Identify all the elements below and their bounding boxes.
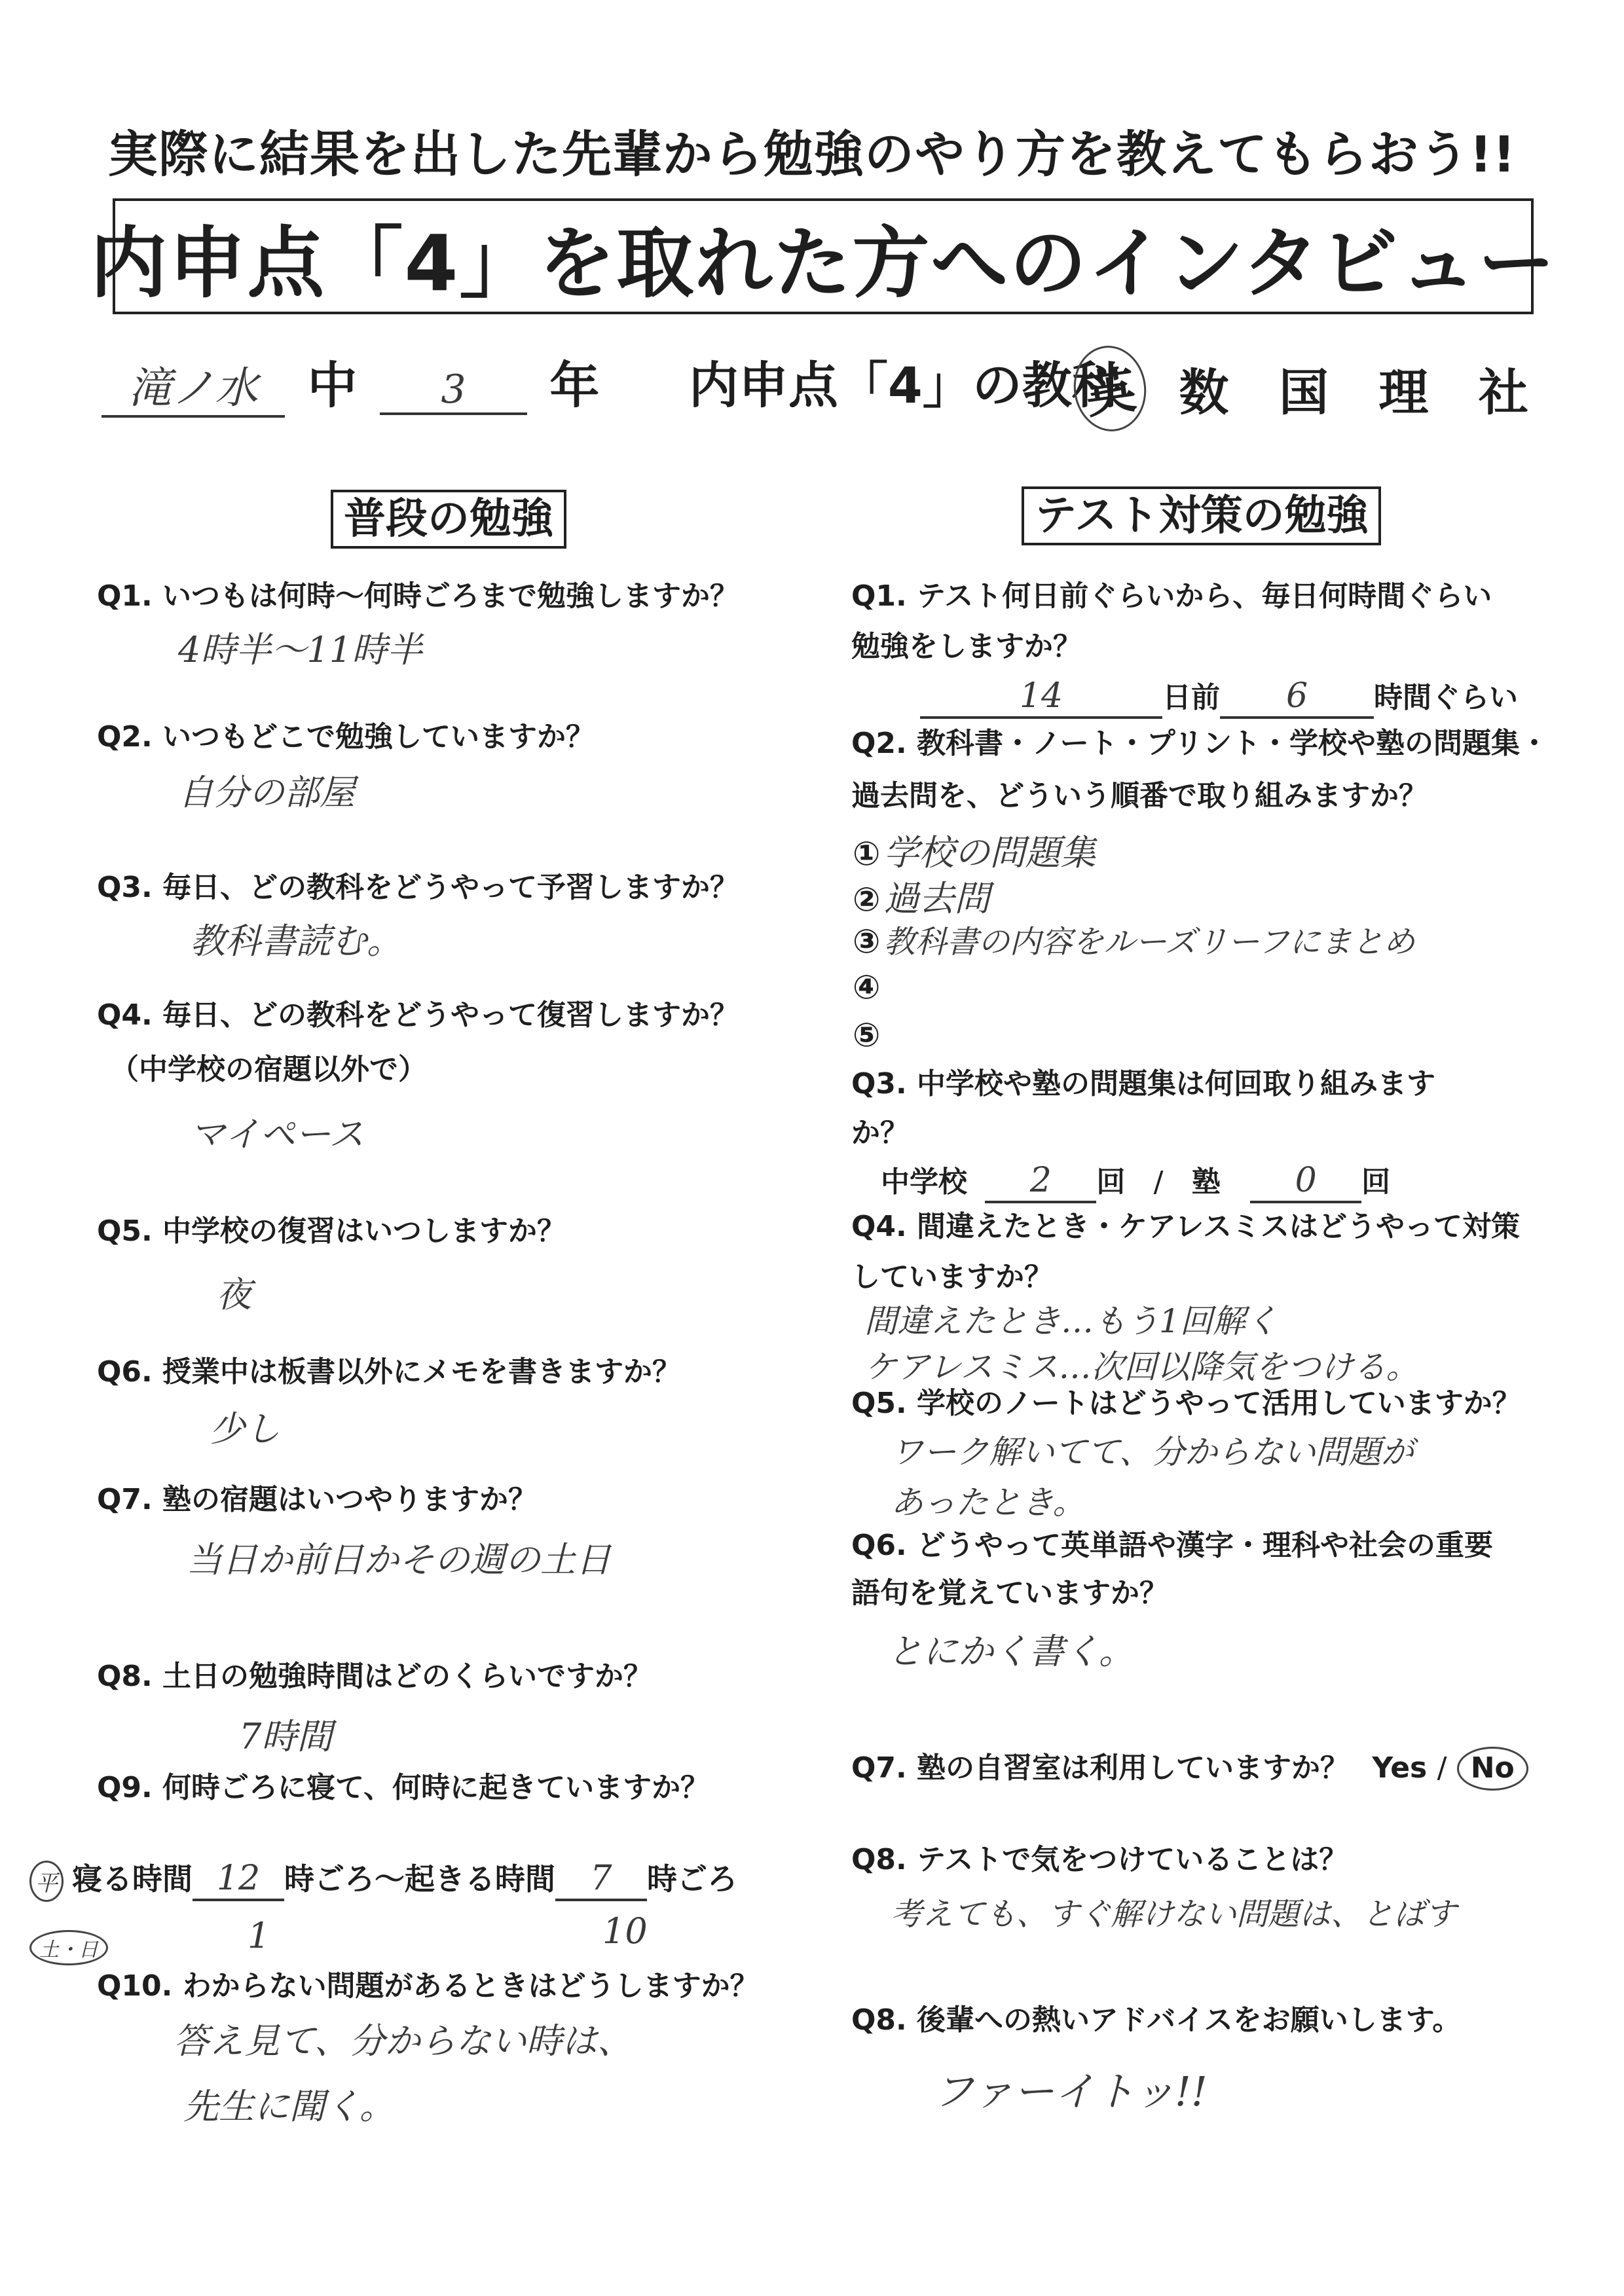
left-q5-answer[interactable]: 夜: [216, 1267, 251, 1317]
right-q4-question-line2: していますか？: [851, 1260, 1053, 1295]
right-q9-question: Q8. 後輩への熱いアドバイスをお願いします。: [851, 2003, 1461, 2038]
left-q5-question: Q5. 中学校の復習はいつしますか？: [97, 1214, 566, 1249]
right-q1-question-line1: Q1. テスト何日前ぐらいから、毎日何時間ぐらい: [851, 579, 1492, 614]
left-q10-answer-line1[interactable]: 答え見て、分からない時は、: [174, 2013, 633, 2064]
right-q5-answer-line2[interactable]: あったとき。: [891, 1476, 1086, 1523]
school-suffix: 中: [307, 356, 357, 414]
subject-science[interactable]: 理: [1378, 363, 1428, 422]
left-q10-answer-line2[interactable]: 先生に聞く。: [183, 2079, 395, 2129]
subject-label: 内申点「4」の教科: [689, 356, 1122, 414]
right-q3-question-line1: Q3. 中学校や塾の問題集は何回取り組みます: [851, 1067, 1435, 1102]
weekend-mark: 土・日: [29, 1930, 108, 1965]
right-q1-question-line2: 勉強をしますか？: [851, 630, 1082, 665]
right-q9-answer[interactable]: ファーイトッ!!: [933, 2059, 1208, 2117]
juku-label: 塾: [1192, 1165, 1221, 1199]
order-item-3: ③ 教科書の内容をルーズリーフにまとめ: [853, 917, 1415, 962]
count-unit: 回: [1096, 1165, 1125, 1199]
grade-suffix: 年: [549, 356, 599, 414]
order-item-5: ⑤: [853, 1013, 880, 1055]
juku-count-field[interactable]: 0: [1250, 1160, 1361, 1203]
order-number: ⑤: [853, 1016, 880, 1054]
order-number: ③: [853, 922, 880, 960]
weekday-wake-time[interactable]: 7: [555, 1858, 647, 1901]
right-q4-answer-line1[interactable]: 間違えたとき…もう1回解く: [864, 1295, 1278, 1342]
hours-label: 時間ぐらい: [1374, 681, 1518, 714]
left-q7-question: Q7. 塾の宿題はいつやりますか？: [97, 1483, 537, 1518]
left-q2-answer[interactable]: 自分の部屋: [178, 765, 355, 815]
days-label: 日前: [1162, 681, 1220, 714]
left-q2-question: Q2. いつもどこで勉強していますか？: [97, 720, 595, 755]
left-q10-question: Q10. わからない問題があるときはどうしますか？: [97, 1969, 759, 2004]
subject-math[interactable]: 数: [1179, 363, 1228, 422]
order-item-2: ② 過去問: [853, 871, 989, 921]
weekday-mark: 平: [29, 1861, 64, 1902]
weekend-sleep-time[interactable]: 1: [248, 1915, 270, 1956]
left-q4-question: Q4. 毎日、どの教科をどうやって復習しますか？: [97, 998, 739, 1033]
order-number: ②: [853, 881, 880, 919]
count-unit: 回: [1361, 1165, 1390, 1199]
left-q8-answer[interactable]: 7時間: [239, 1709, 332, 1759]
right-q5-answer-line1[interactable]: ワーク解いてて、分からない問題が: [891, 1426, 1414, 1473]
left-q8-question: Q8. 土日の勉強時間はどのくらいですか？: [97, 1660, 652, 1694]
grade-field[interactable]: 3: [380, 367, 527, 415]
mid-label: 時ごろ～起きる時間: [284, 1861, 555, 1897]
no-option-selected[interactable]: No: [1457, 1747, 1528, 1791]
right-q3-question-line2: か？: [851, 1116, 909, 1151]
right-q2-question-line2: 過去問を、どういう順番で取り組みますか？: [851, 779, 1428, 814]
count-separator: /: [1154, 1165, 1164, 1199]
tagline: 実際に結果を出した先輩から勉強のやり方を教えてもらおう!!: [0, 115, 1624, 186]
weekend-wake-time[interactable]: 10: [602, 1910, 648, 1952]
school-count-field[interactable]: 2: [985, 1160, 1096, 1203]
order-item-4: ④: [853, 966, 880, 1007]
yes-option[interactable]: Yes: [1372, 1751, 1427, 1785]
page-title: 内申点「4」を取れた方へのインタビュー: [90, 201, 1556, 312]
left-q7-answer[interactable]: 当日か前日かその週の土日: [187, 1532, 611, 1582]
subject-selector: 英 数 国 理 社: [1074, 346, 1528, 431]
left-q6-answer[interactable]: 少し: [210, 1401, 280, 1451]
right-q7-question: Q7. 塾の自習室は利用していますか？: [851, 1751, 1349, 1785]
title-box: 内申点「4」を取れた方へのインタビュー: [113, 198, 1534, 314]
order-text[interactable]: 学校の問題集: [883, 832, 1096, 873]
right-q4-answer-line2[interactable]: ケアレスミス…次回以降気をつける。: [864, 1341, 1419, 1388]
section-title-test-prep: テスト対策の勉強: [1022, 486, 1381, 545]
subject-social[interactable]: 社: [1479, 363, 1528, 422]
left-q3-answer[interactable]: 教科書読む。: [190, 913, 402, 964]
order-text[interactable]: 過去問: [883, 878, 989, 919]
left-q4-answer[interactable]: マイペース: [190, 1106, 364, 1157]
hours-per-day-field[interactable]: 6: [1220, 676, 1374, 719]
left-q4-subnote: （中学校の宿題以外で）: [110, 1053, 427, 1087]
order-number: ①: [853, 835, 880, 873]
right-q6-question-line1: Q6. どうやって英単語や漢字・理科や社会の重要: [851, 1529, 1493, 1563]
left-q1-question: Q1. いつもは何時～何時ごろまで勉強しますか？: [97, 579, 739, 614]
order-text[interactable]: 教科書の内容をルーズリーフにまとめ: [883, 924, 1414, 960]
right-q6-question-line2: 語句を覚えていますか？: [851, 1576, 1168, 1611]
subject-english-selected[interactable]: 英: [1068, 341, 1151, 436]
order-item-1: ① 学校の問題集: [853, 825, 1096, 875]
left-q6-question: Q6. 授業中は板書以外にメモを書きますか？: [97, 1355, 681, 1390]
right-q2-question-line1: Q2. 教科書・ノート・プリント・学校や塾の問題集・: [851, 727, 1549, 761]
profile-row: 滝ノ水 中 3 年 内申点「4」の教科: [101, 346, 1122, 418]
subject-japanese[interactable]: 国: [1279, 363, 1329, 422]
left-q1-answer[interactable]: 4時半～11時半: [178, 622, 422, 672]
sleep-label: 寝る時間: [72, 1861, 193, 1897]
right-q6-answer[interactable]: とにかく書く。: [887, 1624, 1134, 1674]
weekday-sleep-time[interactable]: 12: [193, 1858, 284, 1901]
right-q8-answer[interactable]: 考えても、すぐ解けない問題は、とばす: [891, 1889, 1456, 1934]
left-q9-question: Q9. 何時ごろに寝て、何時に起きていますか？: [97, 1771, 709, 1806]
school-label: 中学校: [881, 1165, 967, 1199]
yes-no-separator: /: [1437, 1751, 1447, 1785]
right-q8-question: Q8. テストで気をつけていることは？: [851, 1843, 1348, 1878]
school-name-field[interactable]: 滝ノ水: [101, 353, 285, 418]
right-q3-answer-row: 中学校 2回 / 塾 0回: [881, 1160, 1390, 1203]
left-q9-weekday-row: 寝る時間12時ごろ～起きる時間7時ごろ: [72, 1858, 737, 1901]
left-q3-question: Q3. 毎日、どの教科をどうやって予習しますか？: [97, 871, 739, 905]
right-q1-answer-row: 14日前6時間ぐらい: [920, 676, 1518, 719]
end-label: 時ごろ: [647, 1861, 737, 1897]
right-q4-question-line1: Q4. 間違えたとき・ケアレスミスはどうやって対策: [851, 1210, 1520, 1245]
right-q5-question: Q5. 学校のノートはどうやって活用していますか？: [851, 1387, 1521, 1421]
right-q7-row: Q7. 塾の自習室は利用していますか？ Yes / No: [851, 1747, 1528, 1791]
section-title-daily-study: 普段の勉強: [331, 490, 566, 549]
order-number: ④: [853, 968, 880, 1006]
days-before-field[interactable]: 14: [920, 676, 1162, 719]
